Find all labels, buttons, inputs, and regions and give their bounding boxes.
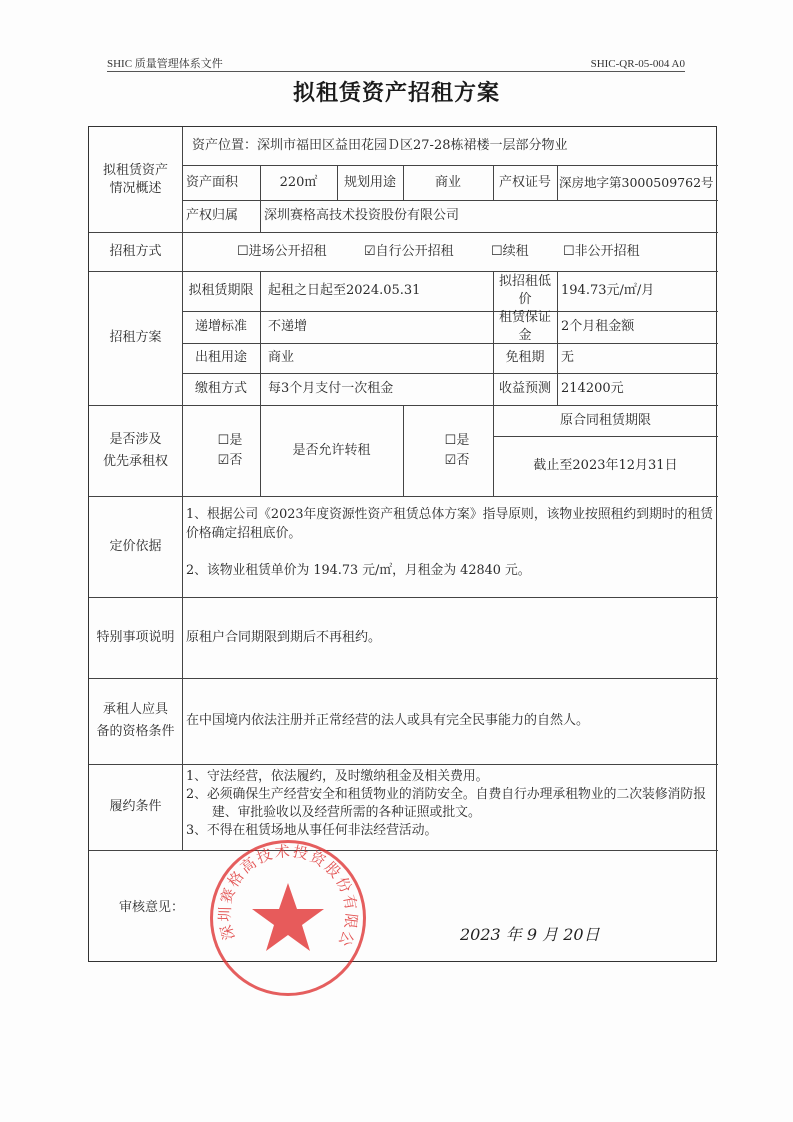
plan-revenue-value: 214200元 — [557, 373, 718, 405]
plan-free-period-label: 免租期 — [493, 343, 557, 373]
pricing-content: 1、根据公司《2023年度资源性资产租赁总体方案》指导原则，该物业按照租约到期时… — [182, 496, 718, 597]
method-option-renew[interactable]: ☐续租 — [491, 243, 529, 261]
location-row: 资产位置： 深圳市福田区益田花园Ｄ区27-28栋裙楼一层部分物业 — [182, 127, 718, 165]
plan-term-value: 起租之日起至2024.05.31 — [260, 271, 493, 311]
sublease-options: ☐是 ☑否 — [403, 405, 493, 496]
overview-label: 拟租赁资产 情况概述 — [89, 127, 182, 232]
seal-star-icon: 深圳赛格高技术投资股份有限公司 — [213, 843, 363, 993]
header-left: SHIC 质量管理体系文件 — [107, 57, 223, 71]
performance-content: 1、守法经营，依法履约，及时缴纳租金及相关费用。 2、必须确保生产经营安全和租赁… — [182, 764, 718, 850]
plan-payment-label: 缴租方式 — [182, 373, 260, 405]
area-value: 220㎡ — [260, 165, 337, 200]
priority-no-checkbox[interactable]: ☑否 — [218, 451, 243, 471]
pricing-point-2: 2、该物业租赁单价为 194.73 元/㎡，月租金为 42840 元。 — [186, 561, 714, 580]
performance-label: 履约条件 — [89, 764, 182, 850]
plan-min-price-value: 194.73元/㎡/月 — [557, 271, 718, 311]
location-value: 深圳市福田区益田花园Ｄ区27-28栋裙楼一层部分物业 — [257, 137, 567, 155]
method-option-self[interactable]: ☑自行公开招租 — [364, 243, 454, 261]
owner-value: 深圳赛格高技术投资股份有限公司 — [260, 200, 718, 232]
plan-revenue-label: 收益预测 — [493, 373, 557, 405]
plan-increase-value: 不递增 — [260, 311, 493, 343]
plan-use-value: 商业 — [260, 343, 493, 373]
sublease-yes-checkbox[interactable]: ☐是 — [445, 431, 470, 451]
plan-deposit-value: 2个月租金额 — [557, 311, 718, 343]
priority-yes-checkbox[interactable]: ☐是 — [218, 431, 243, 451]
location-label: 资产位置： — [192, 137, 257, 155]
document-header: SHIC 质量管理体系文件 SHIC-QR-05-004 A0 — [107, 57, 685, 72]
sublease-no-checkbox[interactable]: ☑否 — [445, 451, 470, 471]
area-label: 资产面积 — [182, 165, 260, 200]
pricing-point-1: 1、根据公司《2023年度资源性资产租赁总体方案》指导原则，该物业按照租约到期时… — [186, 505, 714, 543]
method-label: 招租方式 — [89, 232, 182, 271]
priority-label: 是否涉及 优先承租权 — [89, 405, 182, 496]
plan-free-period-value: 无 — [557, 343, 718, 373]
review-label: 审核意见： — [119, 893, 199, 923]
plan-payment-value: 每3个月支付一次租金 — [260, 373, 493, 405]
performance-item: 2、必须确保生产经营安全和租赁物业的消防安全。自费自行办理承租物业的二次装修消防… — [186, 786, 714, 822]
orig-term-label: 原合同租赁期限 — [493, 405, 718, 436]
plan-increase-label: 递增标准 — [182, 311, 260, 343]
sublease-label: 是否允许转租 — [260, 405, 403, 496]
planned-use-label: 规划用途 — [337, 165, 403, 200]
cert-value: 深房地字第3000509762号 — [557, 165, 718, 200]
special-value: 原租户合同期限到期后不再租约。 — [182, 597, 718, 678]
method-option-onsite[interactable]: ☐进场公开招租 — [237, 243, 327, 261]
method-options: ☐进场公开招租 ☑自行公开招租 ☐续租 ☐非公开招租 — [182, 232, 718, 271]
priority-options: ☐是 ☑否 — [182, 405, 260, 496]
method-option-nonpublic[interactable]: ☐非公开招租 — [563, 243, 640, 261]
performance-item: 1、守法经营，依法履约，及时缴纳租金及相关费用。 — [186, 768, 714, 786]
owner-label: 产权归属 — [182, 200, 260, 232]
plan-min-price-label: 拟招租低价 — [493, 271, 557, 311]
header-doc-code: SHIC-QR-05-004 A0 — [591, 57, 685, 71]
orig-term-value: 截止至2023年12月31日 — [493, 436, 718, 496]
review-date: 2023 年 9 月 20日 — [460, 922, 600, 945]
qualification-label: 承租人应具 备的资格条件 — [89, 678, 182, 764]
special-label: 特别事项说明 — [89, 597, 182, 678]
cert-label: 产权证号 — [493, 165, 557, 200]
plan-term-label: 拟租赁期限 — [182, 271, 260, 311]
plan-label: 招租方案 — [89, 271, 182, 405]
performance-item: 3、不得在租赁场地从事任何非法经营活动。 — [186, 822, 714, 840]
pricing-label: 定价依据 — [89, 496, 182, 597]
plan-deposit-label: 租赁保证金 — [493, 311, 557, 343]
rental-plan-table: 拟租赁资产 情况概述 资产位置： 深圳市福田区益田花园Ｄ区27-28栋裙楼一层部… — [88, 126, 717, 962]
company-seal: 深圳赛格高技术投资股份有限公司 — [210, 840, 366, 996]
plan-use-label: 出租用途 — [182, 343, 260, 373]
page-title: 拟租赁资产招租方案 — [0, 76, 793, 107]
qualification-value: 在中国境内依法注册并正常经营的法人或具有完全民事能力的自然人。 — [182, 678, 718, 764]
planned-use-value: 商业 — [403, 165, 493, 200]
